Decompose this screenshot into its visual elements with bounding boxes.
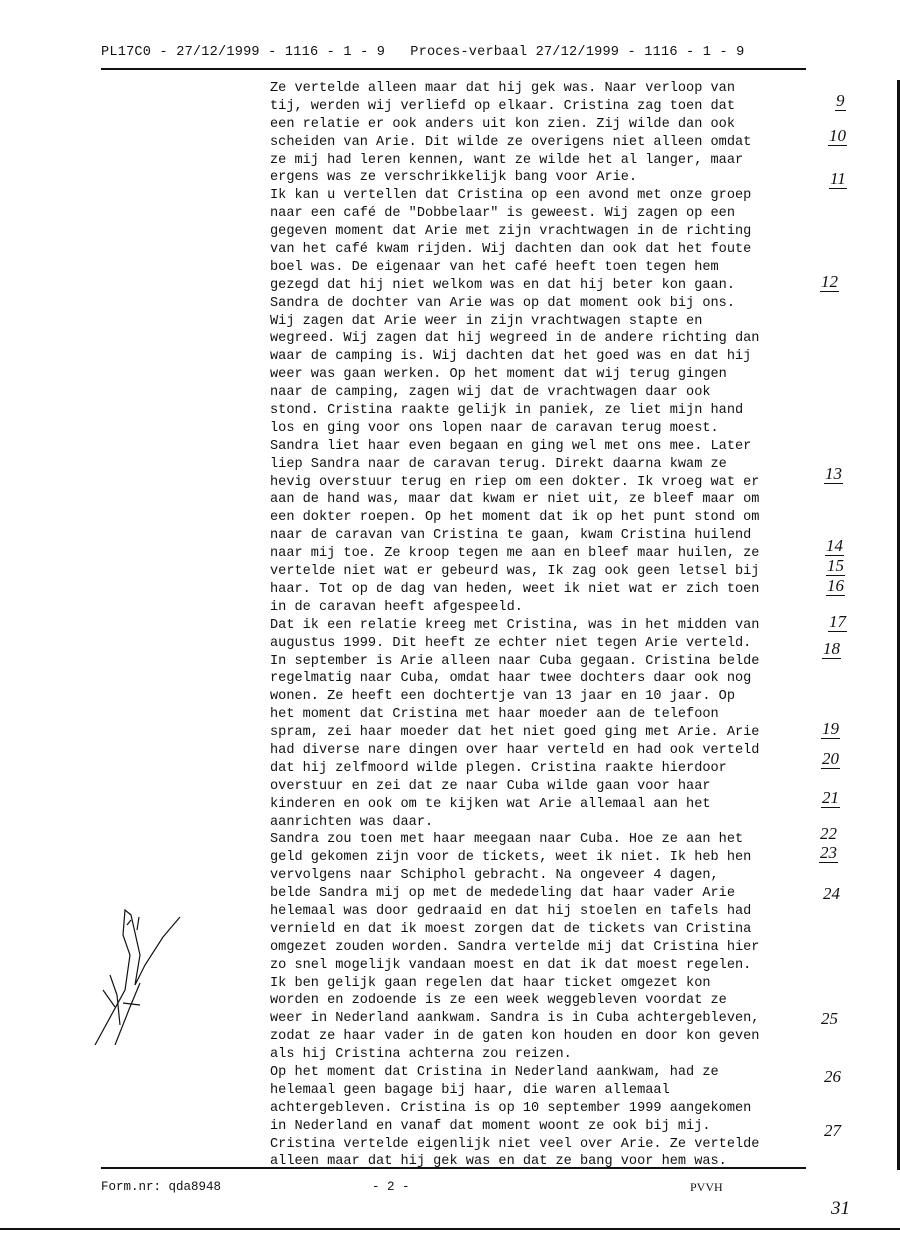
statement-line: boel was. De eigenaar van het café heeft… xyxy=(270,259,810,277)
statement-line: vervolgens naar Schiphol gebracht. Na on… xyxy=(270,867,810,885)
margin-number: 27 xyxy=(823,1122,842,1140)
header-divider xyxy=(101,68,806,70)
margin-number: 19 xyxy=(821,720,840,739)
statement-line: liep Sandra naar de caravan terug. Direk… xyxy=(270,456,810,474)
statement-line: had diverse nare dingen over haar vertel… xyxy=(270,742,810,760)
statement-line: naar de caravan van Cristina te gaan, kw… xyxy=(270,527,810,545)
statement-line: hevig overstuur terug en riep om een dok… xyxy=(270,474,810,492)
statement-line: Wij zagen dat Arie weer in zijn vrachtwa… xyxy=(270,313,810,331)
statement-line: ze mij had leren kennen, want ze wilde h… xyxy=(270,152,810,170)
statement-line: weer in Nederland aankwam. Sandra is in … xyxy=(270,1010,810,1028)
statement-line: helemaal geen bagage bij haar, die waren… xyxy=(270,1082,810,1100)
margin-number: 24 xyxy=(822,885,841,903)
statement-line: weer was gaan werken. Op het moment dat … xyxy=(270,366,810,384)
page-number: - 2 - xyxy=(372,1180,410,1194)
statement-line: Cristina vertelde eigenlijk niet veel ov… xyxy=(270,1136,810,1154)
statement-line: Dat ik een relatie kreeg met Cristina, w… xyxy=(270,617,810,635)
statement-line: tij, werden wij verliefd op elkaar. Cris… xyxy=(270,98,810,116)
footer-divider xyxy=(101,1167,806,1169)
statement-line: Ze vertelde alleen maar dat hij gek was.… xyxy=(270,80,810,98)
statement-line: geld gekomen zijn voor de tickets, weet … xyxy=(270,849,810,867)
statement-line: gezegd dat hij niet welkom was en dat hi… xyxy=(270,277,810,295)
statement-line: Op het moment dat Cristina in Nederland … xyxy=(270,1064,810,1082)
statement-line: van het café kwam rijden. Wij dachten da… xyxy=(270,241,810,259)
statement-line: waar de camping is. Wij dachten dat het … xyxy=(270,348,810,366)
margin-number: 16 xyxy=(826,577,845,596)
statement-line: omgezet zouden worden. Sandra vertelde m… xyxy=(270,939,810,957)
statement-line: los en ging voor ons lopen naar de carav… xyxy=(270,420,810,438)
margin-number: 23 xyxy=(819,844,838,863)
statement-line: Sandra zou toen met haar meegaan naar Cu… xyxy=(270,831,810,849)
statement-line: ergens was ze verschrikkelijk bang voor … xyxy=(270,169,810,187)
margin-number: 11 xyxy=(829,170,847,189)
margin-number: 21 xyxy=(821,789,840,808)
statement-line: belde Sandra mij op met de mededeling da… xyxy=(270,885,810,903)
statement-line: stond. Cristina raakte gelijk in paniek,… xyxy=(270,402,810,420)
statement-line: alleen maar dat hij gek was en dat ze ba… xyxy=(270,1153,810,1171)
statement-line: augustus 1999. Dit heeft ze echter niet … xyxy=(270,635,810,653)
statement-line: aan de hand was, maar dat kwam er niet u… xyxy=(270,491,810,509)
margin-number: 25 xyxy=(820,1010,839,1028)
statement-line: gegeven moment dat Arie met zijn vrachtw… xyxy=(270,223,810,241)
signature xyxy=(85,895,185,1045)
margin-number: 26 xyxy=(823,1068,842,1086)
statement-line: spram, zei haar moeder dat het niet goed… xyxy=(270,724,810,742)
statement-line: in Nederland en vanaf dat moment woont z… xyxy=(270,1118,810,1136)
margin-number: 12 xyxy=(820,273,839,292)
margin-number: 13 xyxy=(824,465,843,484)
statement-line: Ik kan u vertellen dat Cristina op een a… xyxy=(270,187,810,205)
statement-line: naar mij toe. Ze kroop tegen me aan en b… xyxy=(270,545,810,563)
statement-line: dat hij zelfmoord wilde plegen. Cristina… xyxy=(270,760,810,778)
margin-number: 17 xyxy=(828,613,847,632)
statement-line: Sandra de dochter van Arie was op dat mo… xyxy=(270,295,810,313)
statement-line: kinderen en ook om te kijken wat Arie al… xyxy=(270,796,810,814)
statement-line: wonen. Ze heeft een dochtertje van 13 ja… xyxy=(270,688,810,706)
statement-line: zo snel mogelijk vandaan moest en dat ik… xyxy=(270,957,810,975)
statement-line: zodat ze haar vader in de gaten kon houd… xyxy=(270,1028,810,1046)
statement-line: naar de camping, zagen wij dat de vracht… xyxy=(270,384,810,402)
statement-line: haar. Tot op de dag van heden, weet ik n… xyxy=(270,581,810,599)
statement-line: een dokter roepen. Op het moment dat ik … xyxy=(270,509,810,527)
form-number: Form.nr: qda8948 xyxy=(101,1180,221,1194)
initials: PVVH xyxy=(690,1180,723,1195)
margin-number: 14 xyxy=(825,537,844,556)
statement-line: Sandra liet haar even begaan en ging wel… xyxy=(270,438,810,456)
statement-line: helemaal was door gedraaid en dat hij st… xyxy=(270,903,810,921)
margin-number: 18 xyxy=(822,640,841,659)
margin-number: 10 xyxy=(828,127,847,146)
statement-line: worden en zodoende is ze een week weggeb… xyxy=(270,992,810,1010)
document-page: PL17C0 - 27/12/1999 - 1116 - 1 - 9 Proce… xyxy=(0,0,900,1238)
stamp-number: 31 xyxy=(831,1198,850,1220)
document-header: PL17C0 - 27/12/1999 - 1116 - 1 - 9 Proce… xyxy=(101,45,745,60)
margin-number: 20 xyxy=(821,750,840,769)
statement-line: als hij Cristina achterna zou reizen. xyxy=(270,1046,810,1064)
statement-line: aanrichten was daar. xyxy=(270,814,810,832)
statement-line: vertelde niet wat er gebeurd was, Ik zag… xyxy=(270,563,810,581)
statement-line: het moment dat Cristina met haar moeder … xyxy=(270,706,810,724)
statement-line: naar een café de "Dobbelaar" is geweest.… xyxy=(270,205,810,223)
margin-number: 15 xyxy=(826,557,845,576)
statement-body: Ze vertelde alleen maar dat hij gek was.… xyxy=(270,80,810,1171)
margin-number: 22 xyxy=(819,825,838,843)
statement-line: Ik ben gelijk gaan regelen dat haar tick… xyxy=(270,975,810,993)
statement-line: vernield en dat ik moest zorgen dat de t… xyxy=(270,921,810,939)
page-bottom-border xyxy=(0,1228,900,1230)
statement-line: achtergebleven. Cristina is op 10 septem… xyxy=(270,1100,810,1118)
statement-line: overstuur en zei dat ze naar Cuba wilde … xyxy=(270,778,810,796)
statement-line: in de caravan heeft afgespeeld. xyxy=(270,599,810,617)
statement-line: wegreed. Wij zagen dat hij wegreed in de… xyxy=(270,330,810,348)
margin-number: 9 xyxy=(835,92,846,111)
statement-line: In september is Arie alleen naar Cuba ge… xyxy=(270,653,810,671)
statement-line: scheiden van Arie. Dit wilde ze overigen… xyxy=(270,134,810,152)
statement-line: een relatie er ook anders uit kon zien. … xyxy=(270,116,810,134)
statement-line: regelmatig naar Cuba, omdat haar twee do… xyxy=(270,670,810,688)
